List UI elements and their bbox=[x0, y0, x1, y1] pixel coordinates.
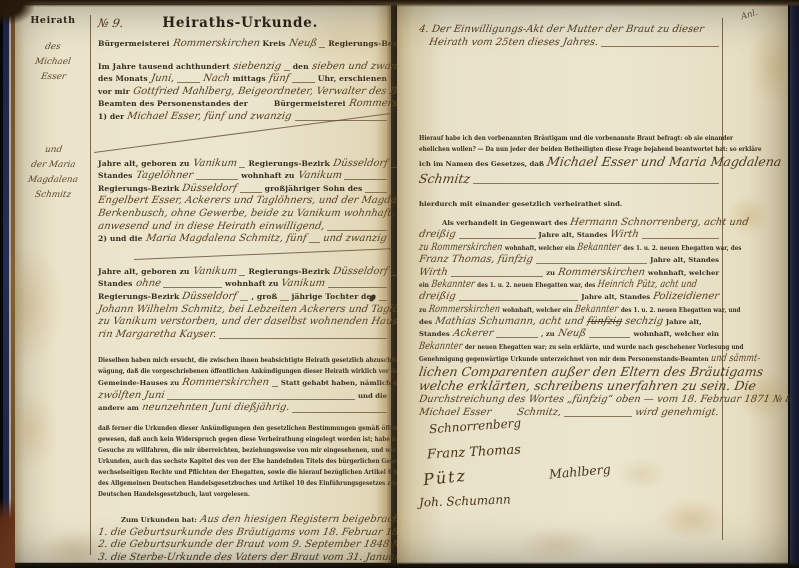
text-line: Michael EsserSchmitz,wird genehmigt. bbox=[419, 407, 719, 420]
document-title: Heiraths-Urkunde. bbox=[124, 15, 387, 31]
printed-text: großjähriger Sohn des bbox=[265, 183, 363, 196]
printed-text-small: zu bbox=[419, 305, 426, 316]
text-line: Zum Urkunden hat:Aus den hiesigen Regist… bbox=[98, 514, 387, 527]
printed-text-small: wohnhaft, welcher ein bbox=[505, 243, 575, 254]
printed-text: wohnhaft zu bbox=[225, 278, 278, 291]
handwritten-text: Heinrich Pütz, acht und bbox=[597, 279, 697, 290]
blank-rule bbox=[240, 300, 248, 301]
text-line: Urkunden, auch das sechste Kapitel des v… bbox=[98, 456, 387, 467]
handwritten-text: Düsseldorf bbox=[181, 183, 238, 196]
handwritten-text: Polizeidiener bbox=[652, 291, 720, 304]
blank-rule bbox=[167, 399, 355, 400]
text-line: einBekannterdes 1. u. 2. neuen Ehegatten… bbox=[419, 279, 719, 291]
book-edge-bottom bbox=[0, 562, 799, 568]
text-line: zu Rommerskirchenwohnhaft, welcher einBe… bbox=[419, 242, 719, 254]
text-line: dreißigJahre alt, StandesWirth bbox=[419, 229, 719, 242]
printed-text: 2) und die bbox=[98, 233, 143, 246]
right-text-block: 4. Der Einwilligungs-Akt der Mutter der … bbox=[419, 24, 719, 419]
text-line: desMathias Schumann, acht undfünfzigsech… bbox=[419, 316, 719, 329]
handwritten-text: Bekannter bbox=[418, 341, 463, 352]
text-line: Durchstreichung des Wortes „fünfzig“ obe… bbox=[419, 394, 719, 407]
text-line: Jahre alt, geboren zuVanikumRegierungs-B… bbox=[98, 158, 387, 171]
printed-text: Im Jahre tausend achthundert bbox=[98, 61, 230, 74]
printed-text-small: andere am bbox=[98, 402, 139, 415]
text-line: Michael bbox=[19, 55, 87, 70]
handwritten-text: Düsseldorf bbox=[181, 291, 238, 304]
handwritten-text: Wirth bbox=[418, 267, 449, 280]
printed-text-small: wohnhaft, welcher bbox=[648, 267, 719, 280]
text-line: Bekannterder neuen Ehegatten war; zu sei… bbox=[419, 341, 719, 353]
printed-text-small: Als verhandelt in Gegenwart des bbox=[442, 217, 567, 230]
blank-rule bbox=[319, 47, 325, 48]
handwritten-text: Franz Thomas, fünfzig bbox=[418, 254, 534, 267]
blank-rule bbox=[239, 275, 245, 276]
handwritten-text: Engelbert Esser, Ackerers und Taglöhners… bbox=[97, 195, 419, 208]
handwritten-text: rin Margaretha Kayser. bbox=[97, 329, 217, 342]
blank-rule bbox=[280, 300, 288, 301]
printed-text-small: des 1. u. 2. neuen Ehegatten war, und bbox=[621, 305, 741, 316]
printed-text: Beamten des Personenstandes der bbox=[98, 98, 248, 111]
printed-text-small: Deutschen Handelsgesetzbuch, laut vorgel… bbox=[98, 489, 250, 500]
printed-text: mittags bbox=[233, 73, 266, 86]
printed-text: 1) der bbox=[98, 111, 124, 124]
text-line: Jahre alt, geboren zuVanikumRegierungs-B… bbox=[98, 266, 387, 279]
handwritten-text: fünf bbox=[268, 73, 290, 86]
blank-rule bbox=[284, 70, 290, 71]
text-line: Engelbert Esser, Ackerers und Taglöhners… bbox=[98, 195, 387, 208]
handwritten-text: ohne bbox=[135, 278, 162, 291]
printed-text: Jahre alt, geboren zu bbox=[98, 158, 190, 171]
printed-text: , groß bbox=[251, 291, 277, 304]
handwritten-text: Schmitz, bbox=[516, 407, 562, 420]
blank-rule bbox=[642, 238, 719, 239]
text-line: wechselseitigen Rechte und Pflichten der… bbox=[98, 467, 387, 478]
blank-rule bbox=[536, 263, 647, 264]
text-line: des Allgemeinen Deutschen Handelsgesetzb… bbox=[98, 478, 387, 489]
right-margin-rule bbox=[722, 18, 723, 540]
text-line: Dieselben haben mich ersucht, die zwisch… bbox=[98, 355, 387, 366]
text-line: 1) derMichael Esser, fünf und zwanzig bbox=[98, 111, 387, 124]
text-line: Regierungs-BezirkDüsseldorf, großjährige… bbox=[98, 291, 387, 304]
blank-rule bbox=[239, 167, 245, 168]
text-line: Schmitz bbox=[419, 172, 719, 187]
text-line: Heirath vom 25ten dieses Jahres. bbox=[419, 37, 719, 50]
handwritten-text-large: Michael Esser und Maria Magdalena bbox=[546, 155, 783, 170]
handwritten-text: 2. die Geburtsurkunde der Braut vom 9. S… bbox=[97, 539, 419, 552]
blank-rule bbox=[564, 416, 632, 417]
printed-text-small: , zu bbox=[541, 328, 555, 341]
text-line: hierdurch mit einander gesetzlich verhei… bbox=[419, 198, 719, 211]
printed-text: den bbox=[293, 61, 309, 74]
text-line: Regierungs-BezirkDüsseldorfgroßjähriger … bbox=[98, 183, 387, 196]
blank-rule bbox=[292, 82, 315, 83]
handwritten-text: Michael Esser, fünf und zwanzig bbox=[126, 111, 292, 124]
printed-text-small: Standes bbox=[419, 328, 450, 341]
signature: Pütz bbox=[422, 466, 468, 489]
left-margin-rule bbox=[90, 15, 91, 555]
printed-text-small: Jahre alt, Standes bbox=[650, 254, 719, 267]
printed-text: Regierungs-Bezirk bbox=[248, 158, 329, 171]
text-line: Franz Thomas, fünfzigJahre alt, Standes bbox=[419, 254, 719, 267]
text-line: rin Margaretha Kayser. bbox=[98, 329, 387, 342]
blank-rule bbox=[309, 242, 320, 243]
handwritten-text: Vanikum bbox=[192, 158, 238, 171]
blank-rule bbox=[292, 412, 387, 413]
printed-text: Jahre alt, geboren zu bbox=[98, 266, 190, 279]
handwritten-text: zwölften Juni bbox=[97, 390, 165, 403]
right-page-body: 4. Der Einwilligungs-Akt der Mutter der … bbox=[419, 8, 719, 419]
blank-rule bbox=[240, 192, 262, 193]
marginalia-note: Anl. bbox=[740, 8, 759, 22]
text-line: Johann Wilhelm Schmitz, bei Lebzeiten Ac… bbox=[98, 304, 387, 317]
text-line: Im Jahre tausend achthundertsiebenzigden… bbox=[98, 61, 387, 74]
text-line: Berkenbusch, ohne Gewerbe, beide zu Vani… bbox=[98, 208, 387, 221]
handwritten-margin-text: des bbox=[44, 40, 62, 55]
text-line: und bbox=[19, 143, 87, 158]
text-line: des bbox=[19, 40, 87, 55]
printed-text-small: Gemeinde-Hauses zu bbox=[98, 377, 179, 390]
printed-text-small: Jahre alt, Standes bbox=[539, 229, 608, 242]
text-line: daß ferner die Urkunden dieser Ankündigu… bbox=[98, 423, 387, 434]
blank-rule bbox=[272, 386, 278, 387]
handwritten-text: Bekannter bbox=[577, 242, 622, 253]
printed-text: wohnhaft zu bbox=[241, 170, 294, 183]
document-header: № 9. Heiraths-Urkunde. bbox=[98, 15, 387, 31]
text-line: dreißigJahre alt, StandesPolizeidiener bbox=[419, 291, 719, 304]
margin-column: Heirath desMichaelEsserundder MariaMagda… bbox=[19, 15, 87, 203]
handwritten-text: Neuß bbox=[557, 328, 587, 341]
printed-text-small: des 1. u. 2. neuen Ehegatten war, des bbox=[623, 243, 741, 254]
printed-text: Standes bbox=[98, 278, 133, 291]
printed-text-small: hierdurch mit einander gesetzlich verhei… bbox=[419, 198, 622, 211]
left-text-block: BürgermeistereiRommerskirchenKreisNeußRe… bbox=[98, 38, 387, 564]
printed-text-small: Hierauf habe ich den vorbenannten Bräuti… bbox=[419, 133, 733, 144]
text-line: der Maria bbox=[19, 158, 87, 173]
handwritten-text: anwesend und in diese Heirath einwillige… bbox=[97, 221, 325, 234]
cover-corner-leather bbox=[0, 498, 15, 568]
blank-rule bbox=[496, 337, 538, 338]
blank-rule bbox=[459, 238, 536, 239]
printed-text-small: des bbox=[419, 316, 432, 329]
blank-rule bbox=[295, 120, 387, 121]
handwritten-text: dreißig bbox=[418, 291, 457, 304]
handwritten-text: Durchstreichung des Wortes „fünfzig“ obe… bbox=[418, 394, 793, 407]
handwritten-text: Berkenbusch, ohne Gewerbe, beide zu Vani… bbox=[97, 208, 419, 221]
handwritten-text: Tagelöhner bbox=[135, 170, 194, 183]
handwritten-text-large: welche erklärten, schreibens unerfahren … bbox=[418, 379, 757, 394]
handwritten-text: Rommerskirchen bbox=[428, 304, 501, 315]
printed-text-small: der neuen Ehegatten war; zu sein erklärt… bbox=[465, 342, 744, 353]
text-line: StandesTagelöhnerwohnhaft zuVanikum bbox=[98, 170, 387, 183]
handwritten-text: Rommerskirchen bbox=[181, 377, 270, 390]
text-line: welche erklärten, schreibens unerfahren … bbox=[419, 379, 719, 394]
text-line: Gemeinde-Hauses zuRommerskirchenStatt ge… bbox=[98, 377, 387, 390]
handwritten-strikethrough: fünfzig bbox=[586, 316, 623, 329]
blank-rule bbox=[601, 46, 719, 47]
text-line: Deutschen Handelsgesetzbuch, laut vorgel… bbox=[98, 489, 387, 500]
handwritten-text: Michael Esser bbox=[418, 407, 492, 420]
handwritten-text: Neuß bbox=[288, 38, 318, 51]
text-line: 2) und dieMaria Magdalena Schmitz, fünfu… bbox=[98, 233, 387, 246]
text-line: Standesohnewohnhaft zuVanikum bbox=[98, 278, 387, 291]
printed-text-small: Jahre alt, Standes bbox=[581, 291, 650, 304]
book-cover-right bbox=[790, 0, 799, 568]
handwritten-text: Bekannter bbox=[574, 304, 619, 315]
handwritten-text: sechzig bbox=[624, 316, 664, 329]
printed-text-small: ein bbox=[419, 280, 429, 291]
text-line: vor mirGottfried Mahlberg, Beigeordneter… bbox=[98, 86, 387, 99]
handwritten-text: 4. Der Einwilligungs-Akt der Mutter der … bbox=[418, 24, 705, 37]
book-edge-top bbox=[0, 0, 799, 7]
left-page-body: № 9. Heiraths-Urkunde. BürgermeistereiRo… bbox=[98, 11, 387, 564]
blank-rule bbox=[473, 183, 719, 184]
handwritten-text: dreißig bbox=[418, 229, 457, 242]
text-line: andere amneunzehnten Juni dießjährig. bbox=[98, 402, 387, 415]
handwritten-margin-text: und bbox=[43, 143, 62, 158]
handwritten-text: zu Rommerskirchen bbox=[418, 242, 503, 253]
printed-text: Kreis bbox=[262, 38, 285, 51]
handwritten-text: Mathias Schumann, acht und bbox=[434, 316, 585, 329]
handwritten-text: Vanikum bbox=[192, 266, 238, 279]
handwritten-text: Rommerskirchen bbox=[557, 267, 646, 280]
handwritten-margin-text: Magdalena bbox=[27, 173, 79, 188]
handwritten-text: Juni, bbox=[150, 73, 175, 86]
handwritten-text: Heirath vom 25ten dieses Jahres. bbox=[428, 37, 599, 50]
handwritten-text: Nach bbox=[202, 73, 231, 86]
text-line: gewesen, daß auch kein Widerspruch gegen… bbox=[98, 434, 387, 445]
blank-rule bbox=[459, 300, 579, 301]
text-line: 1. die Geburtsurkunde des Bräutigams vom… bbox=[98, 527, 387, 540]
printed-text-small: wohnhaft, welcher ein bbox=[633, 328, 719, 341]
printed-text-small: Jahre alt, bbox=[666, 316, 702, 329]
blank-rule bbox=[196, 179, 239, 180]
text-line: Als verhandelt in Gegenwart desHermann S… bbox=[419, 217, 719, 230]
printed-text: Bürgermeisterei bbox=[274, 98, 346, 111]
book-photo: Heirath desMichaelEsserundder MariaMagda… bbox=[0, 0, 799, 568]
printed-text: Regierungs-Bezirk bbox=[248, 266, 329, 279]
blank-rule bbox=[589, 337, 631, 338]
handwritten-text: neunzehnten Juni dießjährig. bbox=[141, 402, 290, 415]
printed-text-small: ich im Namen des Gesetzes, daß bbox=[419, 157, 544, 172]
text-line: zwölften Juniund die bbox=[98, 390, 387, 403]
handwritten-margin-text: Michael bbox=[34, 55, 72, 70]
printed-text-small: Zum Urkunden hat: bbox=[121, 514, 197, 527]
printed-text: des Monats bbox=[98, 73, 148, 86]
printed-text: jährige Tochter des bbox=[292, 291, 376, 304]
handwritten-text: wird genehmigt. bbox=[634, 407, 720, 420]
printed-text: vor mir bbox=[98, 86, 130, 99]
book-gutter bbox=[376, 0, 402, 568]
text-line: 4. Der Einwilligungs-Akt der Mutter der … bbox=[419, 24, 719, 37]
text-line: BürgermeistereiRommerskirchenKreisNeußRe… bbox=[98, 38, 387, 51]
text-line: WirthzuRommerskirchenwohnhaft, welcher bbox=[419, 267, 719, 280]
left-page: Heirath desMichaelEsserundder MariaMagda… bbox=[14, 5, 391, 563]
right-page: Anl. 4. Der Einwilligungs-Akt der Mutter… bbox=[397, 4, 788, 564]
blank-rule bbox=[177, 82, 200, 83]
blank-rule bbox=[219, 338, 387, 339]
printed-text: Regierungs-Bezirk bbox=[98, 183, 179, 196]
handwritten-text: und sämmt- bbox=[710, 353, 761, 364]
text-line: Beamten des Personenstandes derBürgermei… bbox=[98, 98, 387, 111]
margin-names-block: desMichaelEsserundder MariaMagdalenaSchm… bbox=[19, 40, 87, 203]
record-number: № 9. bbox=[97, 16, 125, 30]
text-line: des MonatsJuni,NachmittagsfünfUhr, ersch… bbox=[98, 73, 387, 86]
printed-text: Standes bbox=[98, 170, 133, 183]
text-line: Schmitz bbox=[19, 188, 87, 203]
printed-text: Bürgermeisterei bbox=[98, 38, 170, 51]
printed-text-small: wohnhaft, welcher ein bbox=[502, 305, 572, 316]
signature: Mahlberg bbox=[548, 461, 611, 481]
handwritten-text: Maria Magdalena Schmitz, fünf bbox=[145, 233, 307, 246]
text-line: anwesend und in diese Heirath einwillige… bbox=[98, 221, 387, 234]
handwritten-text: siebenzig bbox=[232, 61, 282, 74]
text-line: 2. die Geburtsurkunde der Braut vom 9. S… bbox=[98, 539, 387, 552]
book-edge-corner bbox=[0, 0, 34, 24]
text-line: Gesuche zu willfahren, die mir überreich… bbox=[98, 445, 387, 456]
printed-text: Regierungs-Bezirk bbox=[98, 291, 179, 304]
handwritten-margin-text: Schmitz bbox=[34, 188, 72, 203]
handwritten-text: Vanikum bbox=[280, 278, 326, 291]
text-line: zu Vanikum verstorben, und der daselbst … bbox=[98, 316, 387, 329]
text-line: Magdalena bbox=[19, 173, 87, 188]
text-line: Hierauf habe ich den vorbenannten Bräuti… bbox=[419, 133, 719, 144]
handwritten-margin-text: Esser bbox=[39, 70, 66, 85]
handwritten-text: Wirth bbox=[609, 229, 640, 242]
handwritten-text-large: Schmitz bbox=[418, 172, 471, 187]
text-line: StandesAckerer, zuNeußwohnhaft, welcher … bbox=[419, 328, 719, 341]
signature: Franz Thomas bbox=[427, 443, 522, 463]
text-line: zuRommerskirchenwohnhaft, welcher einBek… bbox=[419, 304, 719, 316]
blank-rule bbox=[163, 287, 222, 288]
signature: Joh. Schumann bbox=[419, 492, 511, 509]
handwritten-text: Bekannter bbox=[431, 279, 476, 290]
handwritten-text: Rommerskirchen bbox=[172, 38, 261, 51]
handwritten-text: Ackerer bbox=[452, 328, 494, 341]
printed-text-small: des 1. u. 2. neuen Ehegatten war, des bbox=[477, 280, 595, 291]
printed-text-small: zu bbox=[546, 267, 555, 280]
blank-rule bbox=[451, 276, 544, 277]
text-line: wägung, daß die vorgeschriebenen öffentl… bbox=[98, 366, 387, 377]
handwritten-text: Hermann Schnorrenberg, acht und bbox=[569, 217, 750, 230]
text-line: ich im Namen des Gesetzes, daßMichael Es… bbox=[419, 155, 719, 172]
page-block-edge bbox=[11, 2, 15, 568]
text-line: Esser bbox=[19, 70, 87, 85]
handwritten-margin-text: der Maria bbox=[30, 158, 77, 173]
handwritten-text: Vanikum bbox=[297, 170, 343, 183]
